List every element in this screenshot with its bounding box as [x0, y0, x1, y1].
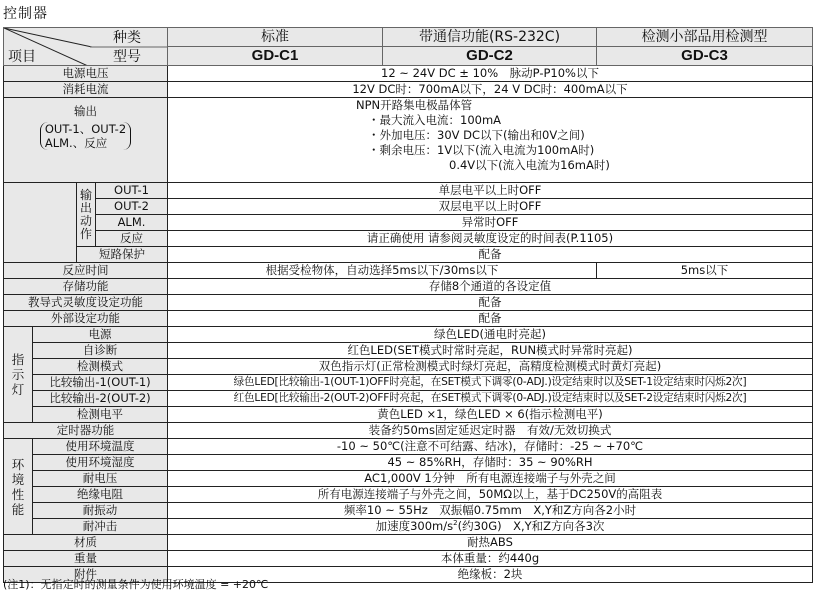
kind-rs232c: 带通信功能(RS-232C)	[383, 28, 597, 47]
row-output-action-alm: ALM. 异常时OFF	[4, 215, 813, 231]
label-env-shock: 耐冲击	[33, 519, 168, 535]
output-label-main: 输出	[6, 104, 165, 119]
row-output-action-out2: OUT-2 双层电平以上时OFF	[4, 199, 813, 215]
value-indicator-power: 绿色LED(通电时亮起)	[168, 327, 813, 343]
kind-standard: 标准	[168, 28, 383, 47]
row-current-consumption: 消耗电流 12V DC时：700mA以下，24 V DC时：400mA以下	[4, 82, 813, 98]
label-current-consumption: 消耗电流	[4, 82, 168, 98]
row-indicator-out2: 比较输出-2(OUT-2) 红色LED[比较输出-2(OUT-2)OFF时亮起，…	[4, 391, 813, 407]
label-indicator-out2: 比较输出-2(OUT-2)	[33, 391, 168, 407]
row-output: 输出 OUT-1、OUT-2 ALM.、反应 NPN开路集电极晶体管 ・最大流入…	[4, 98, 813, 183]
output-line-4: ・剩余电压：1V以下(流入电流为100mA时)	[356, 143, 810, 158]
label-env-vibration: 耐振动	[33, 503, 168, 519]
row-teaching: 教导式灵敏度设定功能 配备	[4, 295, 813, 311]
output-label-sub2: ALM.、反应	[45, 136, 126, 150]
label-env-temp: 使用环境温度	[33, 439, 168, 455]
value-external-setting: 配备	[168, 311, 813, 327]
output-label-paren: OUT-1、OUT-2 ALM.、反应	[40, 122, 131, 150]
output-action-group-label: 输出动作	[77, 183, 96, 247]
value-current-consumption: 12V DC时：700mA以下，24 V DC时：400mA以下	[168, 82, 813, 98]
output-label-sub1: OUT-1、OUT-2	[45, 122, 126, 136]
label-short-protection: 短路保护	[77, 247, 168, 263]
row-env-temp: 环境性能 使用环境温度 -10 ~ 50℃(注意不可结露、结冰)，存储时：-25…	[4, 439, 813, 455]
model-gd-c1: GD-C1	[168, 47, 383, 66]
value-material: 耐热ABS	[168, 535, 813, 551]
indicator-group-label: 指示灯	[4, 327, 33, 423]
label-indicator-detect-mode: 检测模式	[33, 359, 168, 375]
row-output-action-response: 反应 请正确使用 请参阅灵敏度设定的时间表(P.1105)	[4, 231, 813, 247]
header-kind-row: 种类 型号 项目 标准 带通信功能(RS-232C) 检测小部品用检测型	[4, 28, 813, 47]
row-indicator-level: 检测电平 黄色LED ×1，绿色LED × 6(指示检测电平)	[4, 407, 813, 423]
value-env-insulation: 所有电源连接端子与外壳之间，50MΩ以上，基于DC250V的高阻表	[168, 487, 813, 503]
value-weight: 本体重量：约440g	[168, 551, 813, 567]
value-output: NPN开路集电极晶体管 ・最大流入电流：100mA ・外加电压：30V DC以下…	[168, 98, 813, 183]
row-env-vibration: 耐振动 频率10 ~ 55Hz 双振幅0.75mm X,Y和Z方向各2小时	[4, 503, 813, 519]
label-output: 输出 OUT-1、OUT-2 ALM.、反应	[4, 98, 168, 183]
corner-kind-label: 种类	[113, 29, 141, 47]
label-timer: 定时器功能	[4, 423, 168, 439]
label-power-voltage: 电源电压	[4, 66, 168, 82]
value-indicator-self-diag: 红色LED(SET模式时常时亮起，RUN模式时异常时亮起)	[168, 343, 813, 359]
value-teaching: 配备	[168, 295, 813, 311]
value-indicator-level: 黄色LED ×1，绿色LED × 6(指示检测电平)	[168, 407, 813, 423]
page-title: 控制器	[3, 3, 48, 23]
label-out2: OUT-2	[96, 199, 168, 215]
row-indicator-power: 指示灯 电源 绿色LED(通电时亮起)	[4, 327, 813, 343]
value-out1: 单层电平以上时OFF	[168, 183, 813, 199]
label-env-humidity: 使用环境湿度	[33, 455, 168, 471]
corner-model-label: 型号	[113, 48, 141, 66]
value-indicator-out1: 绿色LED[比较输出-1(OUT-1)OFF时亮起，在SET模式下调零(0-AD…	[168, 375, 813, 391]
row-weight: 重量 本体重量：约440g	[4, 551, 813, 567]
value-alm: 异常时OFF	[168, 215, 813, 231]
label-env-voltage: 耐电压	[33, 471, 168, 487]
row-indicator-self-diag: 自诊断 红色LED(SET模式时常时亮起，RUN模式时异常时亮起)	[4, 343, 813, 359]
label-external-setting: 外部设定功能	[4, 311, 168, 327]
value-response-time-c1-c2: 根据受检物体，自动选择5ms以下/30ms以下	[168, 263, 597, 279]
label-alm: ALM.	[96, 215, 168, 231]
output-line-2: ・最大流入电流：100mA	[356, 113, 810, 128]
row-env-voltage: 耐电压 AC1,000V 1分钟 所有电源连接端子与外壳之间	[4, 471, 813, 487]
row-indicator-detect-mode: 检测模式 双色指示灯(正常检测模式时绿灯亮起，高精度检测模式时黄灯亮起)	[4, 359, 813, 375]
header-corner: 种类 型号 项目	[4, 28, 168, 66]
value-env-shock: 加速度300m/s2(约30G) X,Y和Z方向各3次	[168, 519, 813, 535]
row-short-protection: 短路保护 配备	[4, 247, 813, 263]
footnote: (注1)：无指定时的测量条件为使用环境温度 = +20℃	[3, 576, 268, 592]
row-memory: 存储功能 存储8个通道的各设定值	[4, 279, 813, 295]
output-line-1: NPN开路集电极晶体管	[356, 98, 810, 113]
corner-item-label: 项目	[8, 48, 36, 66]
shock-pre: 加速度300m/s	[376, 519, 454, 533]
value-out2: 双层电平以上时OFF	[168, 199, 813, 215]
environment-group-text: 环境性能	[6, 457, 30, 517]
label-material: 材质	[4, 535, 168, 551]
label-response-time: 反应时间	[4, 263, 168, 279]
row-power-voltage: 电源电压 12 ~ 24V DC ± 10% 脉动P-P10%以下	[4, 66, 813, 82]
value-env-temp: -10 ~ 50℃(注意不可结露、结冰)，存储时：-25 ~ +70℃	[168, 439, 813, 455]
value-indicator-out2: 红色LED[比较输出-2(OUT-2)OFF时亮起，在SET模式下调零(0-AD…	[168, 391, 813, 407]
shock-post: (约30G) X,Y和Z方向各3次	[458, 519, 605, 533]
value-env-vibration: 频率10 ~ 55Hz 双振幅0.75mm X,Y和Z方向各2小时	[168, 503, 813, 519]
model-gd-c3: GD-C3	[597, 47, 813, 66]
label-indicator-out1: 比较输出-1(OUT-1)	[33, 375, 168, 391]
row-env-shock: 耐冲击 加速度300m/s2(约30G) X,Y和Z方向各3次	[4, 519, 813, 535]
indicator-group-text: 指示灯	[6, 352, 30, 397]
environment-group-label: 环境性能	[4, 439, 33, 535]
label-response: 反应	[96, 231, 168, 247]
model-gd-c2: GD-C2	[383, 47, 597, 66]
row-env-insulation: 绝缘电阻 所有电源连接端子与外壳之间，50MΩ以上，基于DC250V的高阻表	[4, 487, 813, 503]
row-env-humidity: 使用环境湿度 45 ~ 85%RH，存储时：35 ~ 90%RH	[4, 455, 813, 471]
label-indicator-self-diag: 自诊断	[33, 343, 168, 359]
value-timer: 装备约50ms固定延迟定时器 有效/无效切换式	[168, 423, 813, 439]
row-output-action-out1: 输出动作 OUT-1 单层电平以上时OFF	[4, 183, 813, 199]
row-indicator-out1: 比较输出-1(OUT-1) 绿色LED[比较输出-1(OUT-1)OFF时亮起，…	[4, 375, 813, 391]
value-memory: 存储8个通道的各设定值	[168, 279, 813, 295]
label-indicator-power: 电源	[33, 327, 168, 343]
output-line-3: ・外加电压：30V DC以下(输出和0V之间)	[356, 128, 810, 143]
value-response: 请正确使用 请参阅灵敏度设定的时间表(P.1105)	[168, 231, 813, 247]
value-env-humidity: 45 ~ 85%RH，存储时：35 ~ 90%RH	[168, 455, 813, 471]
label-out1: OUT-1	[96, 183, 168, 199]
label-memory: 存储功能	[4, 279, 168, 295]
row-external-setting: 外部设定功能 配备	[4, 311, 813, 327]
label-weight: 重量	[4, 551, 168, 567]
label-teaching: 教导式灵敏度设定功能	[4, 295, 168, 311]
output-indent-spacer	[4, 183, 77, 263]
row-material: 材质 耐热ABS	[4, 535, 813, 551]
row-response-time: 反应时间 根据受检物体，自动选择5ms以下/30ms以下 5ms以下	[4, 263, 813, 279]
value-short-protection: 配备	[168, 247, 813, 263]
value-response-time-c3: 5ms以下	[597, 263, 813, 279]
output-line-5: 0.4V以下(流入电流为16mA时)	[356, 158, 810, 173]
label-env-insulation: 绝缘电阻	[33, 487, 168, 503]
row-timer: 定时器功能 装备约50ms固定延迟定时器 有效/无效切换式	[4, 423, 813, 439]
kind-small-parts: 检测小部品用检测型	[597, 28, 813, 47]
value-indicator-detect-mode: 双色指示灯(正常检测模式时绿灯亮起，高精度检测模式时黄灯亮起)	[168, 359, 813, 375]
value-power-voltage: 12 ~ 24V DC ± 10% 脉动P-P10%以下	[168, 66, 813, 82]
label-indicator-level: 检测电平	[33, 407, 168, 423]
value-env-voltage: AC1,000V 1分钟 所有电源连接端子与外壳之间	[168, 471, 813, 487]
spec-table: 种类 型号 项目 标准 带通信功能(RS-232C) 检测小部品用检测型 GD-…	[3, 27, 813, 583]
